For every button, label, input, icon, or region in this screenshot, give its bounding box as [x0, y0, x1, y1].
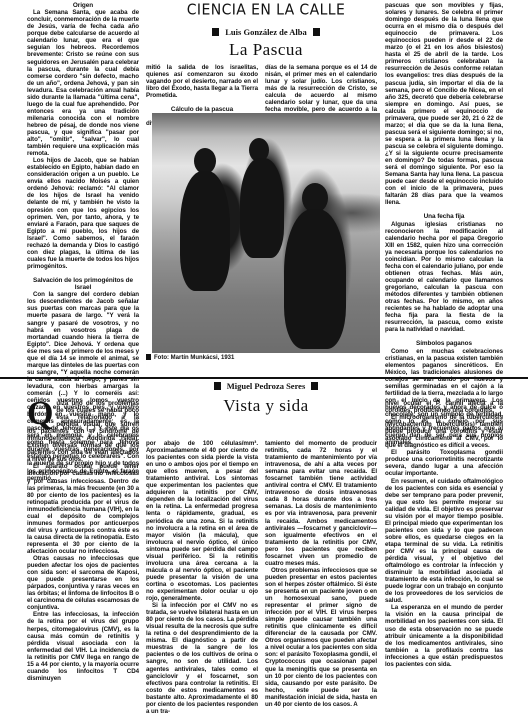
paragraph: El aparato ocular puede tener afectación…	[27, 463, 139, 555]
pascua-column-4: pascuas que son movibles y fijas, solare…	[385, 2, 503, 446]
paragraph: Otras causas no infecciosas que pueden a…	[27, 555, 139, 611]
subhead-fecha-fija: Una fecha fija	[385, 213, 503, 220]
sida-column-1: Q uizá uno de los problemas de los cuale…	[27, 400, 139, 682]
drop-cap: Q	[27, 400, 53, 428]
paragraph: Entre las infecciosas, la infección de l…	[27, 611, 139, 681]
photo-credit: Foto: Martín Munkácsi, 1931	[154, 355, 234, 361]
section-divider-rule	[0, 377, 528, 379]
square-bullet-icon	[313, 28, 320, 36]
author-name: Luis González de Alba	[225, 27, 306, 37]
paragraph: El microorganismo de la tuberculosis (My…	[385, 414, 503, 449]
sida-column-3: tamiento del momento de producir retinit…	[265, 440, 377, 708]
photo-caption: Foto: Martín Munkácsi, 1931	[146, 354, 234, 361]
sida-column-2: por abajo de 100 células/mm³. Aproximada…	[146, 440, 258, 715]
paragraph: Algunas iglesias cristianas no reconocie…	[385, 221, 503, 334]
square-bullet-icon	[214, 382, 221, 390]
byline: Luis González de Alba	[150, 27, 382, 37]
subhead-salvacion: Salvación de los primogénitos de Israel	[27, 277, 139, 291]
author-name: Miguel Pedroza Seres	[227, 381, 306, 391]
paragraph: pascuas que son movibles y fijas, solare…	[385, 2, 503, 206]
paragraph: La Semana Santa, que acaba de concluir, …	[27, 9, 139, 157]
square-bullet-icon	[311, 382, 318, 390]
headline-la-pascua: La Pascua	[150, 40, 382, 60]
paragraph: tamiento del momento de producir retinit…	[265, 440, 377, 567]
paragraph: Otros problemas infecciosos que se puede…	[265, 567, 377, 708]
paragraph: por abajo de 100 células/mm³. Aproximada…	[146, 440, 258, 602]
subhead-simbolos-paganos: Símbolos paganos	[385, 340, 503, 347]
photo-boys-running-into-sea	[152, 113, 380, 353]
paragraph: Los hijos de Jacob, que se habían establ…	[27, 157, 139, 270]
paragraph: El parásito Toxoplasma gondii produce un…	[385, 449, 503, 477]
section-title: CIENCIA EN LA CALLE	[150, 1, 382, 19]
square-bullet-icon	[212, 28, 219, 36]
sida-column-4: nivel ocular el P. carinii afecta a la c…	[385, 400, 503, 668]
paragraph: La esperanza en el mundo de perder la vi…	[385, 604, 503, 667]
paragraph: Si la infección por el CMV no es tratada…	[146, 602, 258, 715]
paragraph: En resumen, el cuidado oftalmológico de …	[385, 478, 503, 605]
square-bullet-icon	[146, 354, 151, 360]
headline-vista-y-sida: Vista y sida	[150, 396, 382, 416]
paragraph: mitió la salida de los israelitas, quien…	[146, 64, 258, 99]
paragraph: nivel ocular el P. carinii afecta a la c…	[385, 400, 503, 414]
byline: Miguel Pedroza Seres	[150, 381, 382, 391]
subhead-origen: Origen	[27, 2, 139, 9]
